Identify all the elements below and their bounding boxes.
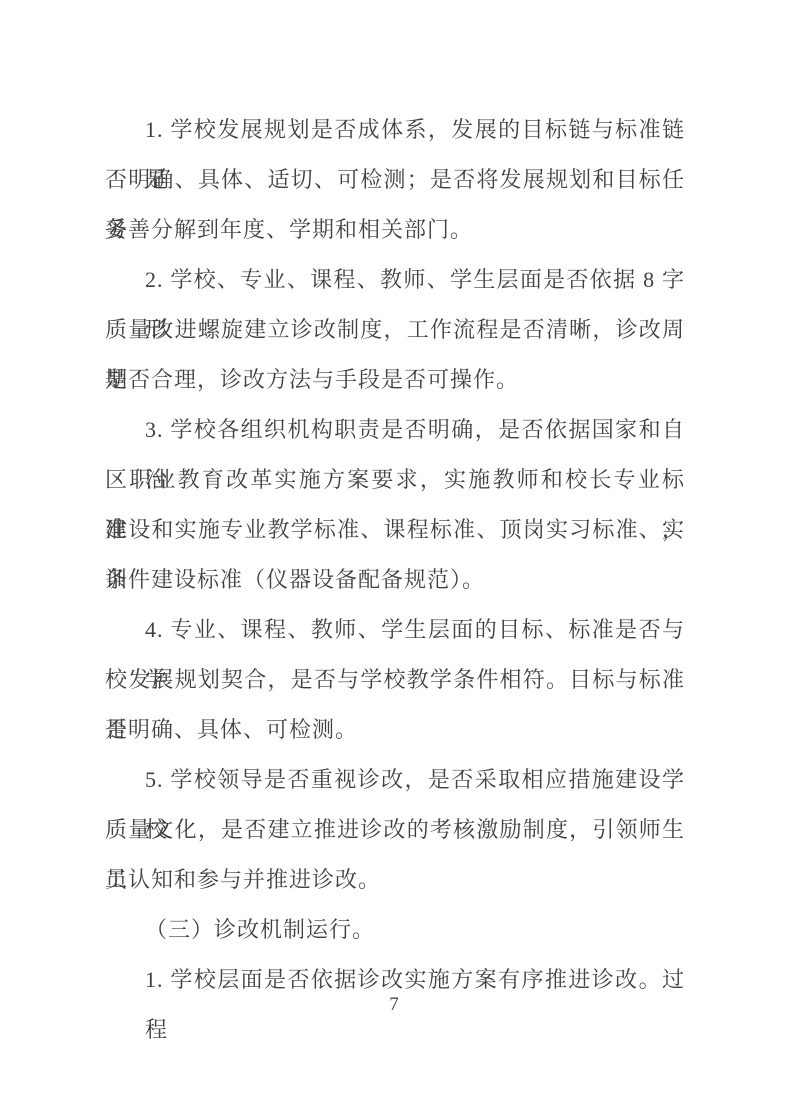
paragraph-5-line-1: 5. 学校领导是否重视诊改，是否采取相应措施建设学校 [105,755,685,805]
paragraph-1-line-1: 1. 学校发展规划是否成体系，发展的目标链与标准链是 [105,105,685,155]
paragraph-5-line-3: 工认知和参与并推进诊改。 [105,855,685,905]
paragraph-1-line-3: 妥善分解到年度、学期和相关部门。 [105,205,685,255]
paragraph-2-line-1: 2. 学校、专业、课程、教师、学生层面是否依据 8 字形 [105,255,685,305]
paragraph-2: 2. 学校、专业、课程、教师、学生层面是否依据 8 字形 质量改进螺旋建立诊改制… [105,255,685,405]
page-number: 7 [0,992,788,1018]
document-page: 1. 学校发展规划是否成体系，发展的目标链与标准链是 否明确、具体、适切、可检测… [0,0,788,1113]
paragraph-4-line-1: 4. 专业、课程、教师、学生层面的目标、标准是否与学 [105,605,685,655]
document-body: 1. 学校发展规划是否成体系，发展的目标链与标准链是 否明确、具体、适切、可检测… [105,105,685,1005]
paragraph-1-line-2: 否明确、具体、适切、可检测；是否将发展规划和目标任务 [105,155,685,205]
paragraph-4-line-3: 否明确、具体、可检测。 [105,705,685,755]
paragraph-4: 4. 专业、课程、教师、学生层面的目标、标准是否与学 校发展规划契合，是否与学校… [105,605,685,755]
paragraph-2-line-3: 是否合理，诊改方法与手段是否可操作。 [105,355,685,405]
paragraph-2-line-2: 质量改进螺旋建立诊改制度，工作流程是否清晰，诊改周期 [105,305,685,355]
paragraph-3-line-2: 区职业教育改革实施方案要求，实施教师和校长专业标准， [105,455,685,505]
section-heading-line: （三）诊改机制运行。 [105,905,685,955]
paragraph-5: 5. 学校领导是否重视诊改，是否采取相应措施建设学校 质量文化，是否建立推进诊改… [105,755,685,905]
paragraph-4-line-2: 校发展规划契合，是否与学校教学条件相符。目标与标准是 [105,655,685,705]
paragraph-3: 3. 学校各组织机构职责是否明确，是否依据国家和自治 区职业教育改革实施方案要求… [105,405,685,605]
paragraph-3-line-4: 条件建设标准（仪器设备配备规范）。 [105,555,685,605]
paragraph-3-line-1: 3. 学校各组织机构职责是否明确，是否依据国家和自治 [105,405,685,455]
paragraph-3-line-3: 建设和实施专业教学标准、课程标准、顶岗实习标准、实训 [105,505,685,555]
paragraph-5-line-2: 质量文化，是否建立推进诊改的考核激励制度，引领师生员 [105,805,685,855]
paragraph-1: 1. 学校发展规划是否成体系，发展的目标链与标准链是 否明确、具体、适切、可检测… [105,105,685,255]
section-heading: （三）诊改机制运行。 [105,905,685,955]
